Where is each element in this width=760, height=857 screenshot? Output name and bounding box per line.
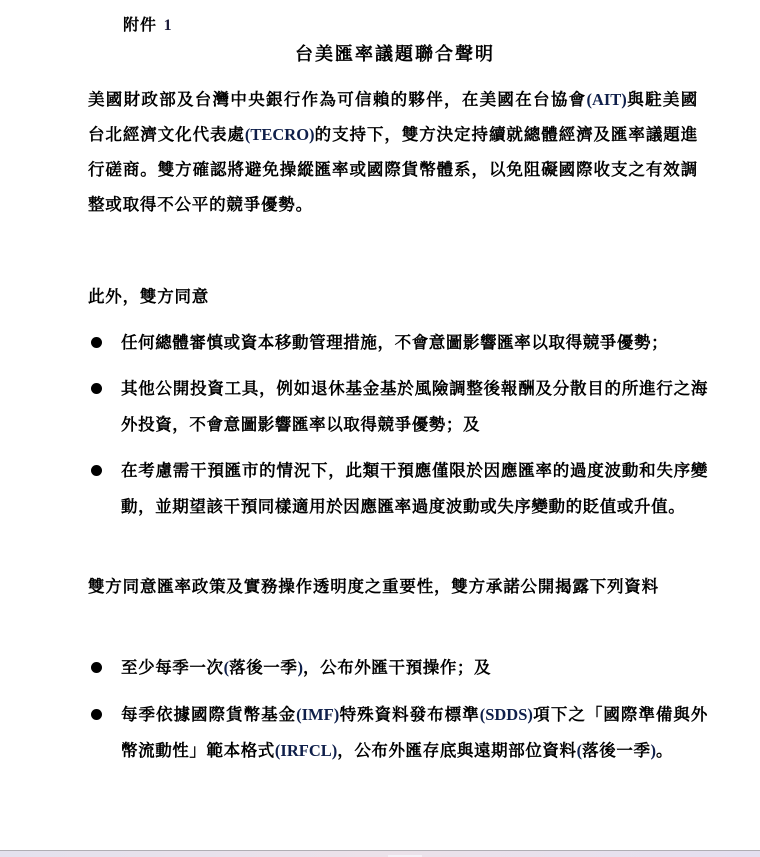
annex-number: 1 [164,17,173,34]
abbr-irfcl: (IRFCL) [275,741,337,760]
text: ，公布外匯存底與遠期部位資料 [337,741,576,760]
bullet-text: 其他公開投資工具，例如退休基金基於風險調整後報酬及分散目的所進行之海外投資，不會… [121,371,708,443]
agreement-bullet-1: 任何總體審慎或資本移動管理措施，不會意圖影響匯率以取得競爭優勢； [88,325,708,361]
intro-paragraph: 美國財政部及台灣中央銀行作為可信賴的夥伴，在美國在台協會(AIT)與駐美國台北經… [88,82,698,222]
transparency-paragraph: 雙方同意匯率政策及實務操作透明度之重要性，雙方承諾公開揭露下列資料 [88,569,698,604]
bullet-dot-icon [91,337,102,348]
annex-label-text: 附件 [123,15,157,34]
text: 至少每季一次 [121,658,224,677]
abbr-sdds: (SDDS) [480,705,533,724]
annex-label: 附件 1 [123,12,173,35]
intro-abbr-ait: (AIT) [586,90,626,109]
intro-abbr-tecro: (TECRO) [245,125,315,144]
viewer-bottom-bar [0,850,760,857]
text: 每季依據國際貨幣基金 [121,705,296,724]
bullet-dot-icon [91,662,102,673]
agreement-bullet-3: 在考慮需干預匯市的情況下，此類干預應僅限於因應匯率的過度波動和失序變動，並期望該… [88,453,708,525]
text: 。 [656,741,673,760]
bullet-text: 至少每季一次(落後一季)，公布外匯干預操作；及 [121,650,708,686]
agreement-heading: 此外，雙方同意 [88,279,698,314]
intro-text-1: 美國財政部及台灣中央銀行作為可信賴的夥伴，在美國在台協會 [88,90,586,109]
text: 落後一季 [229,658,297,677]
text: ，公布外匯干預操作；及 [303,658,491,677]
bullet-text: 在考慮需干預匯市的情況下，此類干預應僅限於因應匯率的過度波動和失序變動，並期望該… [121,453,708,525]
disclosure-bullet-2: 每季依據國際貨幣基金(IMF)特殊資料發布標準(SDDS)項下之「國際準備與外幣… [88,697,708,769]
text: 落後一季 [582,741,650,760]
text: 特殊資料發布標準 [339,705,480,724]
bullet-dot-icon [91,465,102,476]
bullet-text: 每季依據國際貨幣基金(IMF)特殊資料發布標準(SDDS)項下之「國際準備與外幣… [121,697,708,769]
agreement-bullet-2: 其他公開投資工具，例如退休基金基於風險調整後報酬及分散目的所進行之海外投資，不會… [88,371,708,443]
bullet-dot-icon [91,709,102,720]
document-title: 台美匯率議題聯合聲明 [0,40,760,66]
bullet-text: 任何總體審慎或資本移動管理措施，不會意圖影響匯率以取得競爭優勢； [121,325,708,361]
disclosure-bullet-1: 至少每季一次(落後一季)，公布外匯干預操作；及 [88,650,708,686]
bullet-dot-icon [91,383,102,394]
document-page: 附件 1 台美匯率議題聯合聲明 美國財政部及台灣中央銀行作為可信賴的夥伴，在美國… [0,0,760,850]
abbr-imf: (IMF) [296,705,339,724]
